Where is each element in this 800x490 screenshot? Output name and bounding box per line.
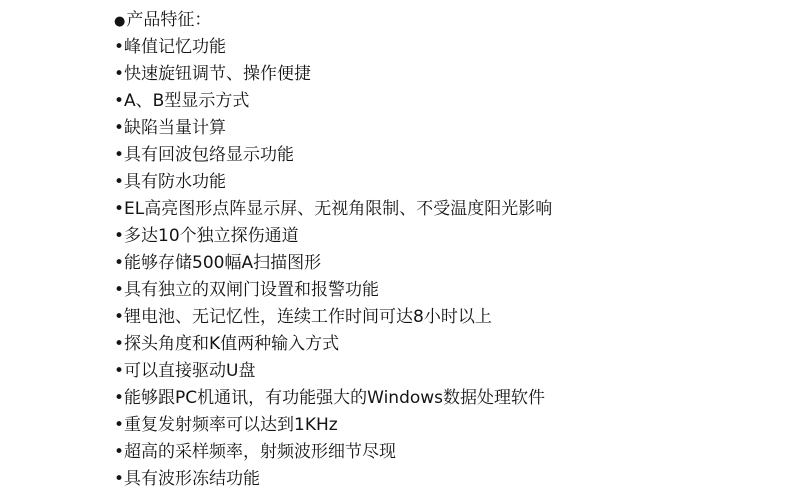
feature-item: •可以直接驱动U盘 <box>114 358 790 385</box>
feature-text: 锂电池、无记忆性，连续工作时间可达8小时以上 <box>124 307 492 327</box>
item-bullet-icon: • <box>114 142 124 169</box>
feature-text: 具有防水功能 <box>124 172 226 192</box>
header-bullet-icon: ● <box>114 8 125 35</box>
item-bullet-icon: • <box>114 250 124 277</box>
feature-item: •具有防水功能 <box>114 169 790 196</box>
feature-text: 重复发射频率可以达到1KHz <box>124 415 338 435</box>
feature-item: •EL高亮图形点阵显示屏、无视角限制、不受温度阳光影响 <box>114 196 790 223</box>
feature-text: 具有回波包络显示功能 <box>124 145 294 165</box>
feature-item: •具有波形冻结功能 <box>114 466 790 490</box>
feature-item: •探头角度和K值两种输入方式 <box>114 331 790 358</box>
item-bullet-icon: • <box>114 439 124 466</box>
feature-text: 超高的采样频率，射频波形细节尽现 <box>124 442 396 462</box>
feature-item: •快速旋钮调节、操作便捷 <box>114 61 790 88</box>
item-bullet-icon: • <box>114 304 124 331</box>
feature-text: 具有独立的双闸门设置和报警功能 <box>124 280 379 300</box>
feature-text: 峰值记忆功能 <box>124 37 226 57</box>
item-bullet-icon: • <box>114 88 124 115</box>
feature-text: 快速旋钮调节、操作便捷 <box>124 64 311 84</box>
feature-item: •具有独立的双闸门设置和报警功能 <box>114 277 790 304</box>
item-bullet-icon: • <box>114 466 124 490</box>
item-bullet-icon: • <box>114 169 124 196</box>
item-bullet-icon: • <box>114 196 124 223</box>
feature-item: •能够跟PC机通讯，有功能强大的Windows数据处理软件 <box>114 385 790 412</box>
feature-item: •多达10个独立探伤通道 <box>114 223 790 250</box>
item-bullet-icon: • <box>114 358 124 385</box>
item-bullet-icon: • <box>114 412 124 439</box>
item-bullet-icon: • <box>114 277 124 304</box>
item-bullet-icon: • <box>114 61 124 88</box>
feature-text: 能够跟PC机通讯，有功能强大的Windows数据处理软件 <box>124 388 545 408</box>
item-bullet-icon: • <box>114 34 124 61</box>
feature-text: 探头角度和K值两种输入方式 <box>124 334 339 354</box>
feature-text: 能够存储500幅A扫描图形 <box>124 253 321 273</box>
item-bullet-icon: • <box>114 115 124 142</box>
feature-text: A、B型显示方式 <box>124 91 249 111</box>
feature-item: •具有回波包络显示功能 <box>114 142 790 169</box>
feature-text: 缺陷当量计算 <box>124 118 226 138</box>
feature-text: 多达10个独立探伤通道 <box>124 226 299 246</box>
feature-text: EL高亮图形点阵显示屏、无视角限制、不受温度阳光影响 <box>124 199 552 219</box>
feature-item: •峰值记忆功能 <box>114 34 790 61</box>
feature-item: •A、B型显示方式 <box>114 88 790 115</box>
feature-item: •缺陷当量计算 <box>114 115 790 142</box>
product-features-section: ●产品特征： •峰值记忆功能 •快速旋钮调节、操作便捷 •A、B型显示方式 •缺… <box>0 0 800 490</box>
section-title: 产品特征： <box>126 10 211 30</box>
item-bullet-icon: • <box>114 385 124 412</box>
feature-text: 具有波形冻结功能 <box>124 469 260 489</box>
feature-item: •重复发射频率可以达到1KHz <box>114 412 790 439</box>
feature-item: •超高的采样频率，射频波形细节尽现 <box>114 439 790 466</box>
item-bullet-icon: • <box>114 223 124 250</box>
feature-item: •锂电池、无记忆性，连续工作时间可达8小时以上 <box>114 304 790 331</box>
section-header: ●产品特征： <box>114 7 790 34</box>
feature-item: •能够存储500幅A扫描图形 <box>114 250 790 277</box>
item-bullet-icon: • <box>114 331 124 358</box>
feature-text: 可以直接驱动U盘 <box>124 361 255 381</box>
page: { "page": { "background": "#ffffff", "te… <box>0 0 800 490</box>
